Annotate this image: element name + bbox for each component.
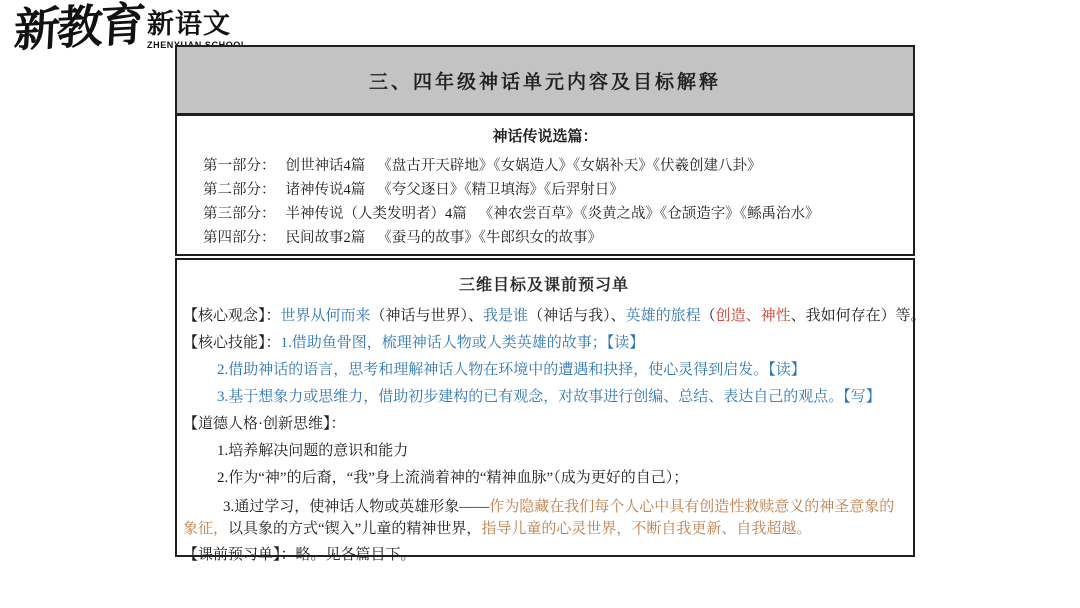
concept-segment: （神话与世界）、 [371,308,484,324]
document-title: 三、四年级神话单元内容及目标解释 [369,67,721,94]
section-goals: 三维目标及课前预习单 【核心观念】：世界从何而来（神话与世界）、我是谁（神话与我… [175,258,915,557]
core-concepts-label: 【核心观念】： [183,308,281,324]
skills-item-2: 2.借助神话的语言，思考和理解神话人物在环境中的遭遇和抉择，使心灵得到启发。【读… [217,361,905,379]
part-titles: 《神农尝百草》《炎黄之战》《仓颉造字》《鲧禹治水》 [479,206,820,222]
moral-item-2: 2.作为“神”的后裔，“我”身上流淌着神的“精神血脉”（成为更好的自己）； [217,469,905,487]
skills-item-1: 1.借助鱼骨图，梳理神话人物或人类英雄的故事；【读】 [281,335,645,351]
part-category: 民间故事2篇 [286,230,366,246]
concept-segment: 创造、神性 [716,308,791,324]
concept-segment: 英雄的旅程 [626,308,701,324]
selection-item-part2: 第二部分：诸神传说4篇《夸父逐日》《精卫填海》《后羿射日》 [177,178,913,202]
moral-item3-segment: 3.通过学习，使神话人物或英雄形象—— [223,499,489,515]
part-label: 第三部分： [203,206,276,222]
part-category: 半神传说（人类发明者）4篇 [286,206,467,222]
core-skills-line: 【核心技能】：1.借助鱼骨图，梳理神话人物或人类英雄的故事；【读】 [183,334,905,352]
preview-text: 略。见各篇目下。 [296,547,416,563]
moral-item3-segment: 指导儿童的心灵世界，不断自我更新、自我超越。 [481,521,811,537]
skills-item-3: 3.基于想象力或思维力，借助初步建构的已有观念，对故事进行创编、总结、表达自己的… [217,388,905,406]
concept-segment: 、我如何存在）等。 [791,308,926,324]
selection-item-part1: 第一部分：创世神话4篇《盘古开天辟地》《女娲造人》《女娲补天》《伏羲创建八卦》 [177,154,913,178]
concept-segment: （神话与我）、 [528,308,626,324]
part-titles: 《盘古开天辟地》《女娲造人》《女娲补天》《伏羲创建八卦》 [377,158,761,174]
document-title-bar: 三、四年级神话单元内容及目标解释 [175,45,915,115]
part-titles: 《蚕马的故事》《牛郎织女的故事》 [377,230,602,246]
logo-brand-text: 新语文 [147,11,247,38]
document-page: 新教育 新语文 ZHENYUAN SCHOOL 三、四年级神话单元内容及目标解释… [0,0,1080,608]
logo-calligraphy-text: 新教育 [13,1,144,54]
selection-item-part4: 第四部分：民间故事2篇《蚕马的故事》《牛郎织女的故事》 [177,226,913,250]
moral-item-1: 1.培养解决问题的意识和能力 [217,442,905,460]
part-category: 创世神话4篇 [286,158,366,174]
selection-heading: 神话传说选篇： [177,125,913,146]
moral-item3-segment: 以具象的方式“锲入”儿童的精神世界， [228,521,481,537]
concept-segment: 我是谁 [483,308,528,324]
selection-item-part3: 第三部分：半神传说（人类发明者）4篇《神农尝百草》《炎黄之战》《仓颉造字》《鲧禹… [177,202,913,226]
document-frame: 三、四年级神话单元内容及目标解释 神话传说选篇： 第一部分：创世神话4篇《盘古开… [175,45,915,557]
moral-label: 【道德人格·创新思维】： [183,415,905,433]
section-myth-selection: 神话传说选篇： 第一部分：创世神话4篇《盘古开天辟地》《女娲造人》《女娲补天》《… [175,113,915,256]
core-skills-label: 【核心技能】： [183,335,281,351]
concept-segment: 世界从何而来 [281,308,371,324]
core-concepts-line: 【核心观念】：世界从何而来（神话与世界）、我是谁（神话与我）、英雄的旅程（创造、… [183,307,905,325]
part-category: 诸神传说4篇 [286,182,366,198]
logo-text-block: 新语文 ZHENYUAN SCHOOL [147,4,247,50]
school-logo: 新教育 新语文 ZHENYUAN SCHOOL [14,4,247,50]
concept-segment: （ [701,308,716,324]
preview-line: 【课前预习单】：略。见各篇目下。 [183,546,905,564]
goals-heading: 三维目标及课前预习单 [183,272,905,295]
part-label: 第一部分： [203,158,276,174]
part-label: 第二部分： [203,182,276,198]
preview-label: 【课前预习单】： [183,547,296,563]
part-titles: 《夸父逐日》《精卫填海》《后羿射日》 [377,182,624,198]
moral-item-3: 3.通过学习，使神话人物或英雄形象——作为隐藏在我们每个人心中具有创造性救赎意义… [183,496,905,540]
part-label: 第四部分： [203,230,276,246]
